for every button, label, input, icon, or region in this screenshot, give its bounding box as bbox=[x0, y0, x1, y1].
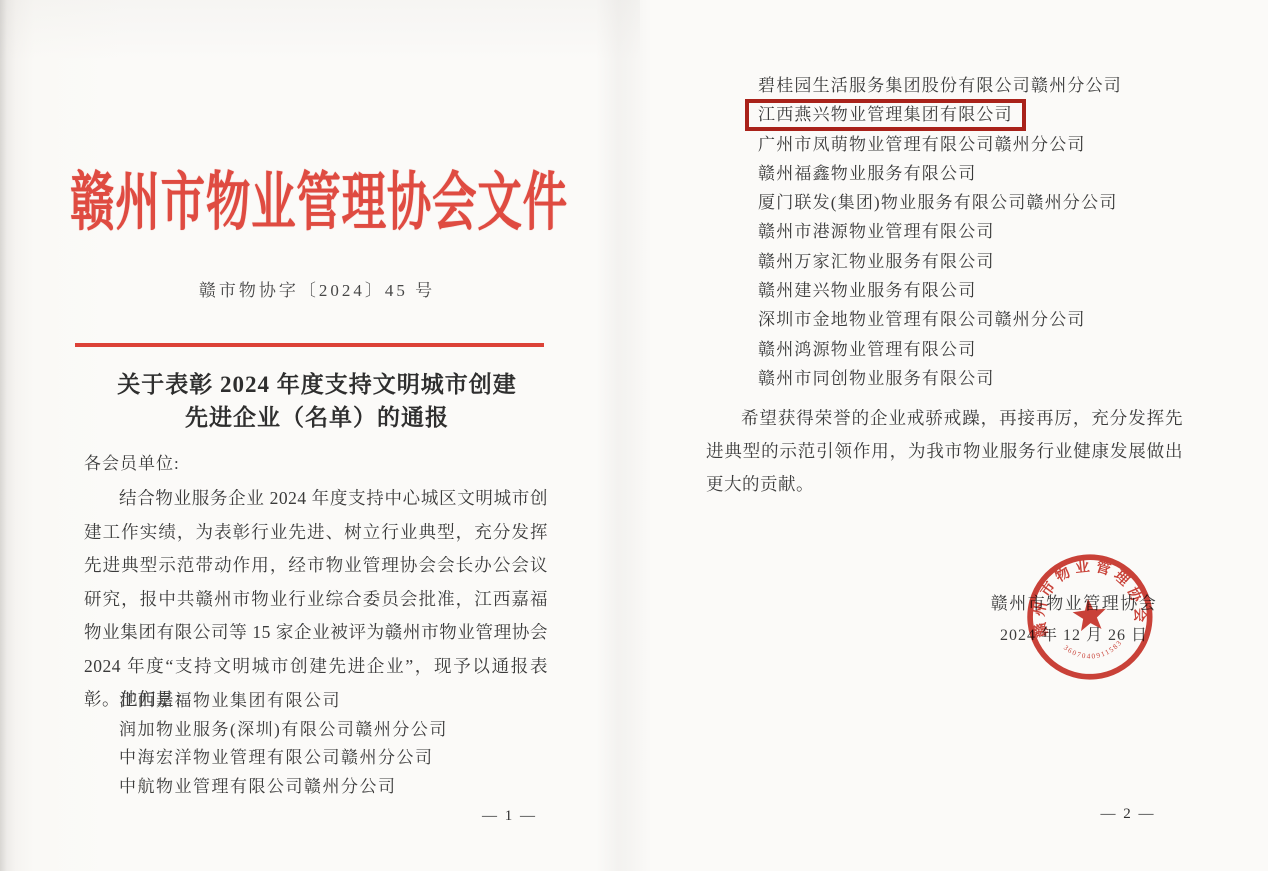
company-item: 中航物业管理有限公司赣州分公司 bbox=[119, 773, 448, 802]
company-item: 江西燕兴物业管理集团有限公司 bbox=[758, 100, 1122, 129]
company-item: 厦门联发(集团)物业服务有限公司赣州分公司 bbox=[758, 188, 1122, 217]
company-item: 润加物业服务(深圳)有限公司赣州分公司 bbox=[119, 716, 448, 745]
company-item: 赣州建兴物业服务有限公司 bbox=[758, 276, 1122, 305]
scanned-document: 赣州市物业管理协会文件 赣市物协字〔2024〕45 号 关于表彰 2024 年度… bbox=[0, 0, 1268, 871]
body-paragraph: 结合物业服务企业 2024 年度支持中心城区文明城市创建工作实绩，为表彰行业先进… bbox=[84, 482, 548, 717]
notice-title-line-1: 关于表彰 2024 年度支持文明城市创建 bbox=[20, 368, 614, 401]
official-seal: 赣州市物业管理协会 3607040911583 bbox=[1016, 544, 1163, 691]
notice-title: 关于表彰 2024 年度支持文明城市创建 先进企业（名单）的通报 bbox=[20, 368, 614, 434]
company-item: 深圳市金地物业管理有限公司赣州分公司 bbox=[758, 305, 1122, 334]
company-item: 赣州市同创物业服务有限公司 bbox=[758, 364, 1122, 393]
company-item: 江西嘉福物业集团有限公司 bbox=[119, 687, 448, 716]
seal-number-text: 3607040911583 bbox=[1061, 638, 1125, 664]
page-number-2: — 2 — bbox=[1068, 806, 1188, 823]
page-gap-shadow bbox=[596, 0, 652, 871]
company-item: 碧桂园生活服务集团股份有限公司赣州分公司 bbox=[758, 71, 1122, 100]
salutation: 各会员单位: bbox=[84, 449, 180, 474]
company-item: 赣州万家汇物业服务有限公司 bbox=[758, 247, 1122, 276]
company-item: 广州市凤萌物业管理有限公司赣州分公司 bbox=[758, 130, 1122, 159]
notice-title-line-2: 先进企业（名单）的通报 bbox=[20, 401, 614, 434]
red-divider-rule bbox=[75, 343, 544, 347]
document-number: 赣市物协字〔2024〕45 号 bbox=[0, 276, 634, 301]
company-item: 赣州市港源物业管理有限公司 bbox=[758, 217, 1122, 246]
letterhead-title: 赣州市物业管理协会文件 bbox=[0, 156, 634, 238]
company-item: 赣州鸿源物业管理有限公司 bbox=[758, 335, 1122, 364]
closing-paragraph: 希望获得荣誉的企业戒骄戒躁，再接再厉，充分发挥先进典型的示范引领作用，为我市物业… bbox=[706, 402, 1183, 501]
company-list-page1: 江西嘉福物业集团有限公司润加物业服务(深圳)有限公司赣州分公司中海宏洋物业管理有… bbox=[119, 687, 448, 801]
company-list-page2: 碧桂园生活服务集团股份有限公司赣州分公司江西燕兴物业管理集团有限公司广州市凤萌物… bbox=[758, 71, 1122, 393]
page-number-1: — 1 — bbox=[447, 808, 572, 825]
scan-smudge bbox=[0, 0, 640, 60]
highlight-box: 江西燕兴物业管理集团有限公司 bbox=[745, 99, 1026, 131]
company-item: 赣州福鑫物业服务有限公司 bbox=[758, 159, 1122, 188]
letterhead-text: 赣州市物业管理协会文件 bbox=[70, 151, 568, 243]
seal-arc-text: 赣州市物业管理协会 bbox=[1024, 552, 1151, 639]
seal-star bbox=[1071, 597, 1108, 632]
company-item: 中海宏洋物业管理有限公司赣州分公司 bbox=[119, 744, 448, 773]
